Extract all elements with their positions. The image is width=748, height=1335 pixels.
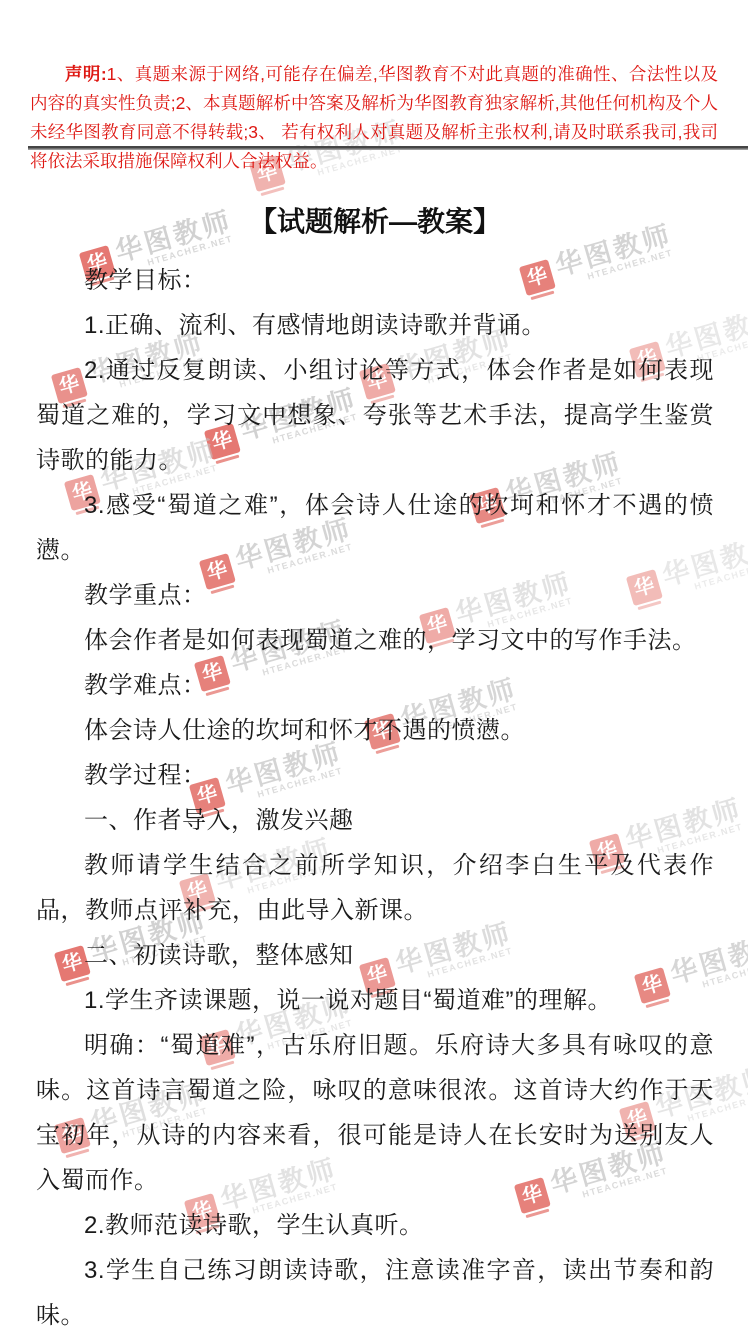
doc-body: 【试题解析—教案】 教学目标：1.正确、流利、有感情地朗读诗歌并背诵。2.通过反… <box>36 200 714 1335</box>
doc-paragraph: 1.学生齐读课题，说一说对题目“蜀道难”的理解。 <box>36 978 714 1023</box>
doc-paragraph: 体会诗人仕途的坎坷和怀才不遇的愤懑。 <box>36 708 714 753</box>
doc-paragraph: 二、初读诗歌，整体感知 <box>36 933 714 978</box>
doc-paragraph: 3.学生自己练习朗读诗歌，注意读准字音，读出节奏和韵味。 <box>36 1248 714 1335</box>
doc-paragraph: 教师请学生结合之前所学知识，介绍李白生平及代表作品，教师点评补充，由此导入新课。 <box>36 843 714 933</box>
doc-paragraph: 教学目标： <box>36 258 714 303</box>
doc-paragraph: 教学重点： <box>36 573 714 618</box>
doc-paragraph: 明确：“蜀道难”，古乐府旧题。乐府诗大多具有咏叹的意味。这首诗言蜀道之险，咏叹的… <box>36 1023 714 1203</box>
legal-disclaimer: 声明:1、真题来源于网络,可能存在偏差,华图教育不对此真题的准确性、合法性以及内… <box>30 60 718 176</box>
doc-paragraph: 教学难点： <box>36 663 714 708</box>
doc-paragraph: 3.感受“蜀道之难”，体会诗人仕途的坎坷和怀才不遇的愤懑。 <box>36 483 714 573</box>
disclaimer-text: 1、真题来源于网络,可能存在偏差,华图教育不对此真题的准确性、合法性以及内容的真… <box>30 64 718 171</box>
header-divider-line <box>28 146 748 150</box>
doc-title: 【试题解析—教案】 <box>36 200 714 244</box>
disclaimer-label: 声明: <box>65 64 107 84</box>
doc-paragraph: 教学过程： <box>36 753 714 798</box>
doc-paragraph: 2.教师范读诗歌，学生认真听。 <box>36 1203 714 1248</box>
doc-paragraph: 1.正确、流利、有感情地朗读诗歌并背诵。 <box>36 303 714 348</box>
doc-paragraph: 一、作者导入，激发兴趣 <box>36 798 714 843</box>
doc-paragraph: 体会作者是如何表现蜀道之难的，学习文中的写作手法。 <box>36 618 714 663</box>
doc-paragraph: 2.通过反复朗读、小组讨论等方式，体会作者是如何表现蜀道之难的，学习文中想象、夸… <box>36 348 714 483</box>
document-page: 华 华图教师 HTEACHER.NET 华 华图教师 HTEACHER.NET … <box>0 0 748 1335</box>
